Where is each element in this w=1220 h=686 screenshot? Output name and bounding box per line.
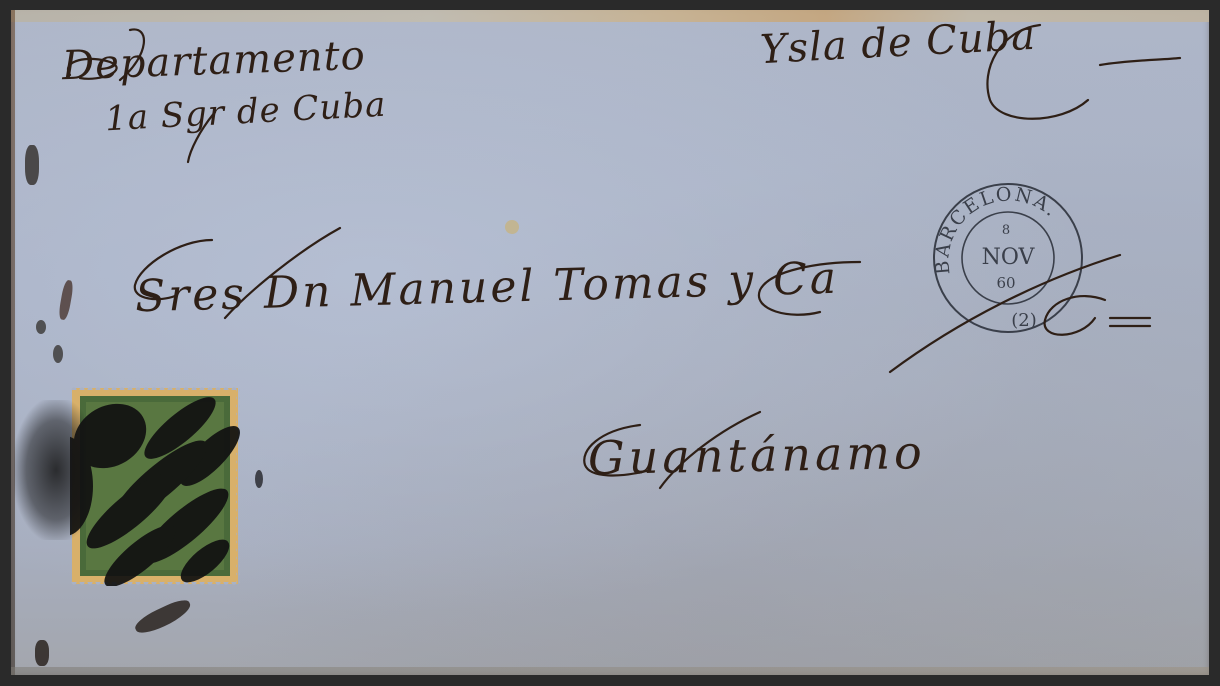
postmark-year: 60 (996, 274, 1015, 292)
envelope-left-edge (11, 10, 15, 675)
ink-stain (35, 640, 49, 666)
ink-stain (53, 345, 63, 363)
cancel-ink-bleed (14, 400, 84, 540)
ink-stain (58, 279, 75, 320)
barcelona-postmark: BARCELONA. 8 NOV 60 (2) (928, 178, 1088, 338)
envelope-bottom-edge (11, 667, 1209, 675)
ink-stain (36, 320, 46, 334)
ink-stain (255, 470, 263, 488)
stamp-grid-cancel-icon (70, 386, 240, 586)
postmark-month: NOV (982, 245, 1036, 270)
paper-blemish (505, 220, 519, 234)
ink-stain (25, 145, 39, 185)
postmark-office: (2) (1011, 310, 1037, 331)
postmark-circle-icon: BARCELONA. 8 NOV 60 (2) (928, 178, 1088, 338)
postage-stamp (70, 386, 240, 586)
ink-stain (132, 596, 194, 638)
destination-city: Guantánamo (588, 425, 927, 485)
postmark-day: 8 (1002, 223, 1010, 238)
